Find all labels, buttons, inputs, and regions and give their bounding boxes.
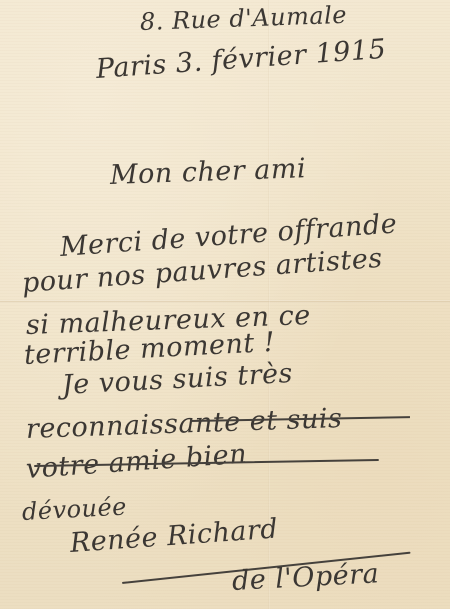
signature-title: de l'Opéra bbox=[231, 558, 380, 597]
letter-date: Paris 3. février 1915 bbox=[95, 34, 387, 85]
letter-address: 8. Rue d'Aumale bbox=[140, 1, 348, 36]
body-line-8: dévouée bbox=[21, 493, 127, 526]
letter-page: 8. Rue d'Aumale Paris 3. février 1915 Mo… bbox=[0, 0, 450, 609]
letter-salutation: Mon cher ami bbox=[109, 153, 306, 191]
body-line-6: reconnaissante et suis bbox=[25, 403, 342, 445]
